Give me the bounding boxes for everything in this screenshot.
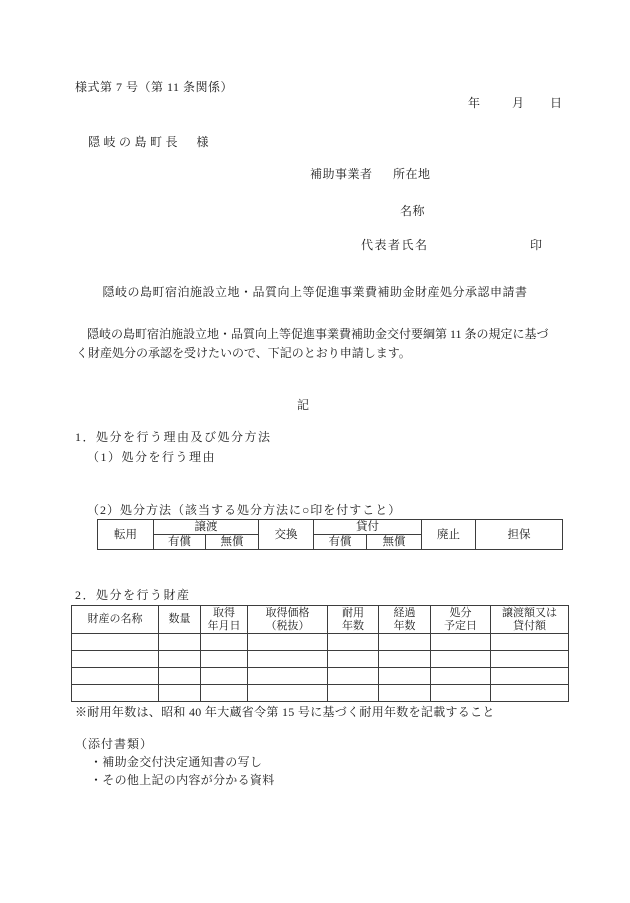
property-cell (491, 651, 569, 668)
property-header-quantity: 数量 (159, 606, 201, 634)
record-marker: 記 (0, 398, 606, 412)
property-cell (159, 668, 201, 685)
body-text-line1: 隠岐の島町宿泊施設立地・品質向上等促進事業費補助金交付要綱第 11 条の規定に基… (87, 327, 549, 341)
method-cell-transfer-free: 無償 (206, 535, 259, 550)
date-day-label: 日 (550, 96, 562, 110)
method-cell-conversion: 転用 (98, 520, 154, 550)
property-cell (491, 668, 569, 685)
property-table: 財産の名称 数量 取得 年月日 取得価格 （税抜） 耐用 年数 経過 年数 処分… (71, 605, 569, 702)
property-cell (201, 685, 248, 702)
property-cell (248, 651, 328, 668)
section2-heading: 2．処分を行う財産 (75, 588, 191, 602)
seal-mark: 印 (530, 238, 542, 252)
property-cell (248, 668, 328, 685)
property-cell (159, 651, 201, 668)
property-table-row (72, 651, 569, 668)
method-cell-transfer: 譲渡 (154, 520, 259, 535)
property-table-row (72, 685, 569, 702)
attachment-item: ・その他上記の内容が分かる資料 (90, 773, 275, 787)
property-cell (159, 634, 201, 651)
property-cell (201, 651, 248, 668)
property-cell (379, 651, 431, 668)
section1-heading: 1．処分を行う理由及び処分方法 (75, 430, 272, 444)
section1-item2: （2）処分方法（該当する処分方法に○印を付すこと） (87, 503, 401, 517)
method-cell-abolition: 廃止 (422, 520, 476, 550)
property-cell (159, 685, 201, 702)
property-header-elapsed-years: 経過 年数 (379, 606, 431, 634)
property-cell (72, 651, 159, 668)
method-cell-loan-free: 無償 (367, 535, 422, 550)
property-header-price: 取得価格 （税抜） (248, 606, 328, 634)
method-cell-exchange: 交換 (259, 520, 314, 550)
property-cell (328, 668, 379, 685)
date-line: 年 月 日 (0, 96, 630, 112)
applicant-address-label: 所在地 (393, 167, 431, 181)
property-table-row (72, 634, 569, 651)
property-cell (431, 651, 491, 668)
property-cell (201, 668, 248, 685)
date-month-label: 月 (512, 96, 524, 110)
property-cell (328, 634, 379, 651)
disposal-method-table: 転用 譲渡 交換 貸付 廃止 担保 有償 無償 有償 無償 (97, 519, 563, 550)
property-header-name: 財産の名称 (72, 606, 159, 634)
useful-years-note: ※耐用年数は、昭和 40 年大蔵省令第 15 号に基づく耐用年数を記載すること (75, 705, 495, 719)
property-cell (72, 668, 159, 685)
method-cell-loan-paid: 有償 (314, 535, 367, 550)
property-cell (431, 634, 491, 651)
property-cell (431, 668, 491, 685)
property-cell (491, 685, 569, 702)
addressee: 隠岐の島町長 様 (88, 135, 212, 149)
applicant-name-label: 名称 (400, 204, 425, 218)
document-title: 隠岐の島町宿泊施設立地・品質向上等促進事業費補助金財産処分承認申請書 (0, 285, 630, 299)
body-text-line2: く財産処分の承認を受けたいので、下記のとおり申請します。 (76, 346, 411, 360)
property-cell (72, 634, 159, 651)
method-cell-loan: 貸付 (314, 520, 422, 535)
property-cell (248, 685, 328, 702)
property-header-useful-years: 耐用 年数 (328, 606, 379, 634)
property-cell (72, 685, 159, 702)
property-table-row (72, 668, 569, 685)
date-year-label: 年 (468, 96, 480, 110)
property-header-acquired-date: 取得 年月日 (201, 606, 248, 634)
property-header-amount: 譲渡額又は 貸付額 (491, 606, 569, 634)
section1-item1: （1）処分を行う理由 (87, 450, 216, 464)
applicant-label: 補助事業者 (310, 167, 373, 181)
property-cell (431, 685, 491, 702)
property-cell (248, 634, 328, 651)
property-cell (379, 685, 431, 702)
attachments-heading: （添付書類） (75, 737, 153, 751)
property-cell (379, 634, 431, 651)
method-cell-transfer-paid: 有償 (154, 535, 206, 550)
document-page: 様式第 7 号（第 11 条関係） 年 月 日 隠岐の島町長 様 補助事業者 所… (0, 0, 630, 903)
property-cell (328, 651, 379, 668)
property-header-disposal-date: 処分 予定日 (431, 606, 491, 634)
property-cell (379, 668, 431, 685)
property-cell (201, 634, 248, 651)
method-cell-collateral: 担保 (476, 520, 563, 550)
property-cell (491, 634, 569, 651)
property-cell (328, 685, 379, 702)
representative-label: 代表者氏名 (361, 238, 429, 252)
form-number: 様式第 7 号（第 11 条関係） (75, 80, 233, 94)
attachment-item: ・補助金交付決定通知書の写し (90, 755, 262, 769)
